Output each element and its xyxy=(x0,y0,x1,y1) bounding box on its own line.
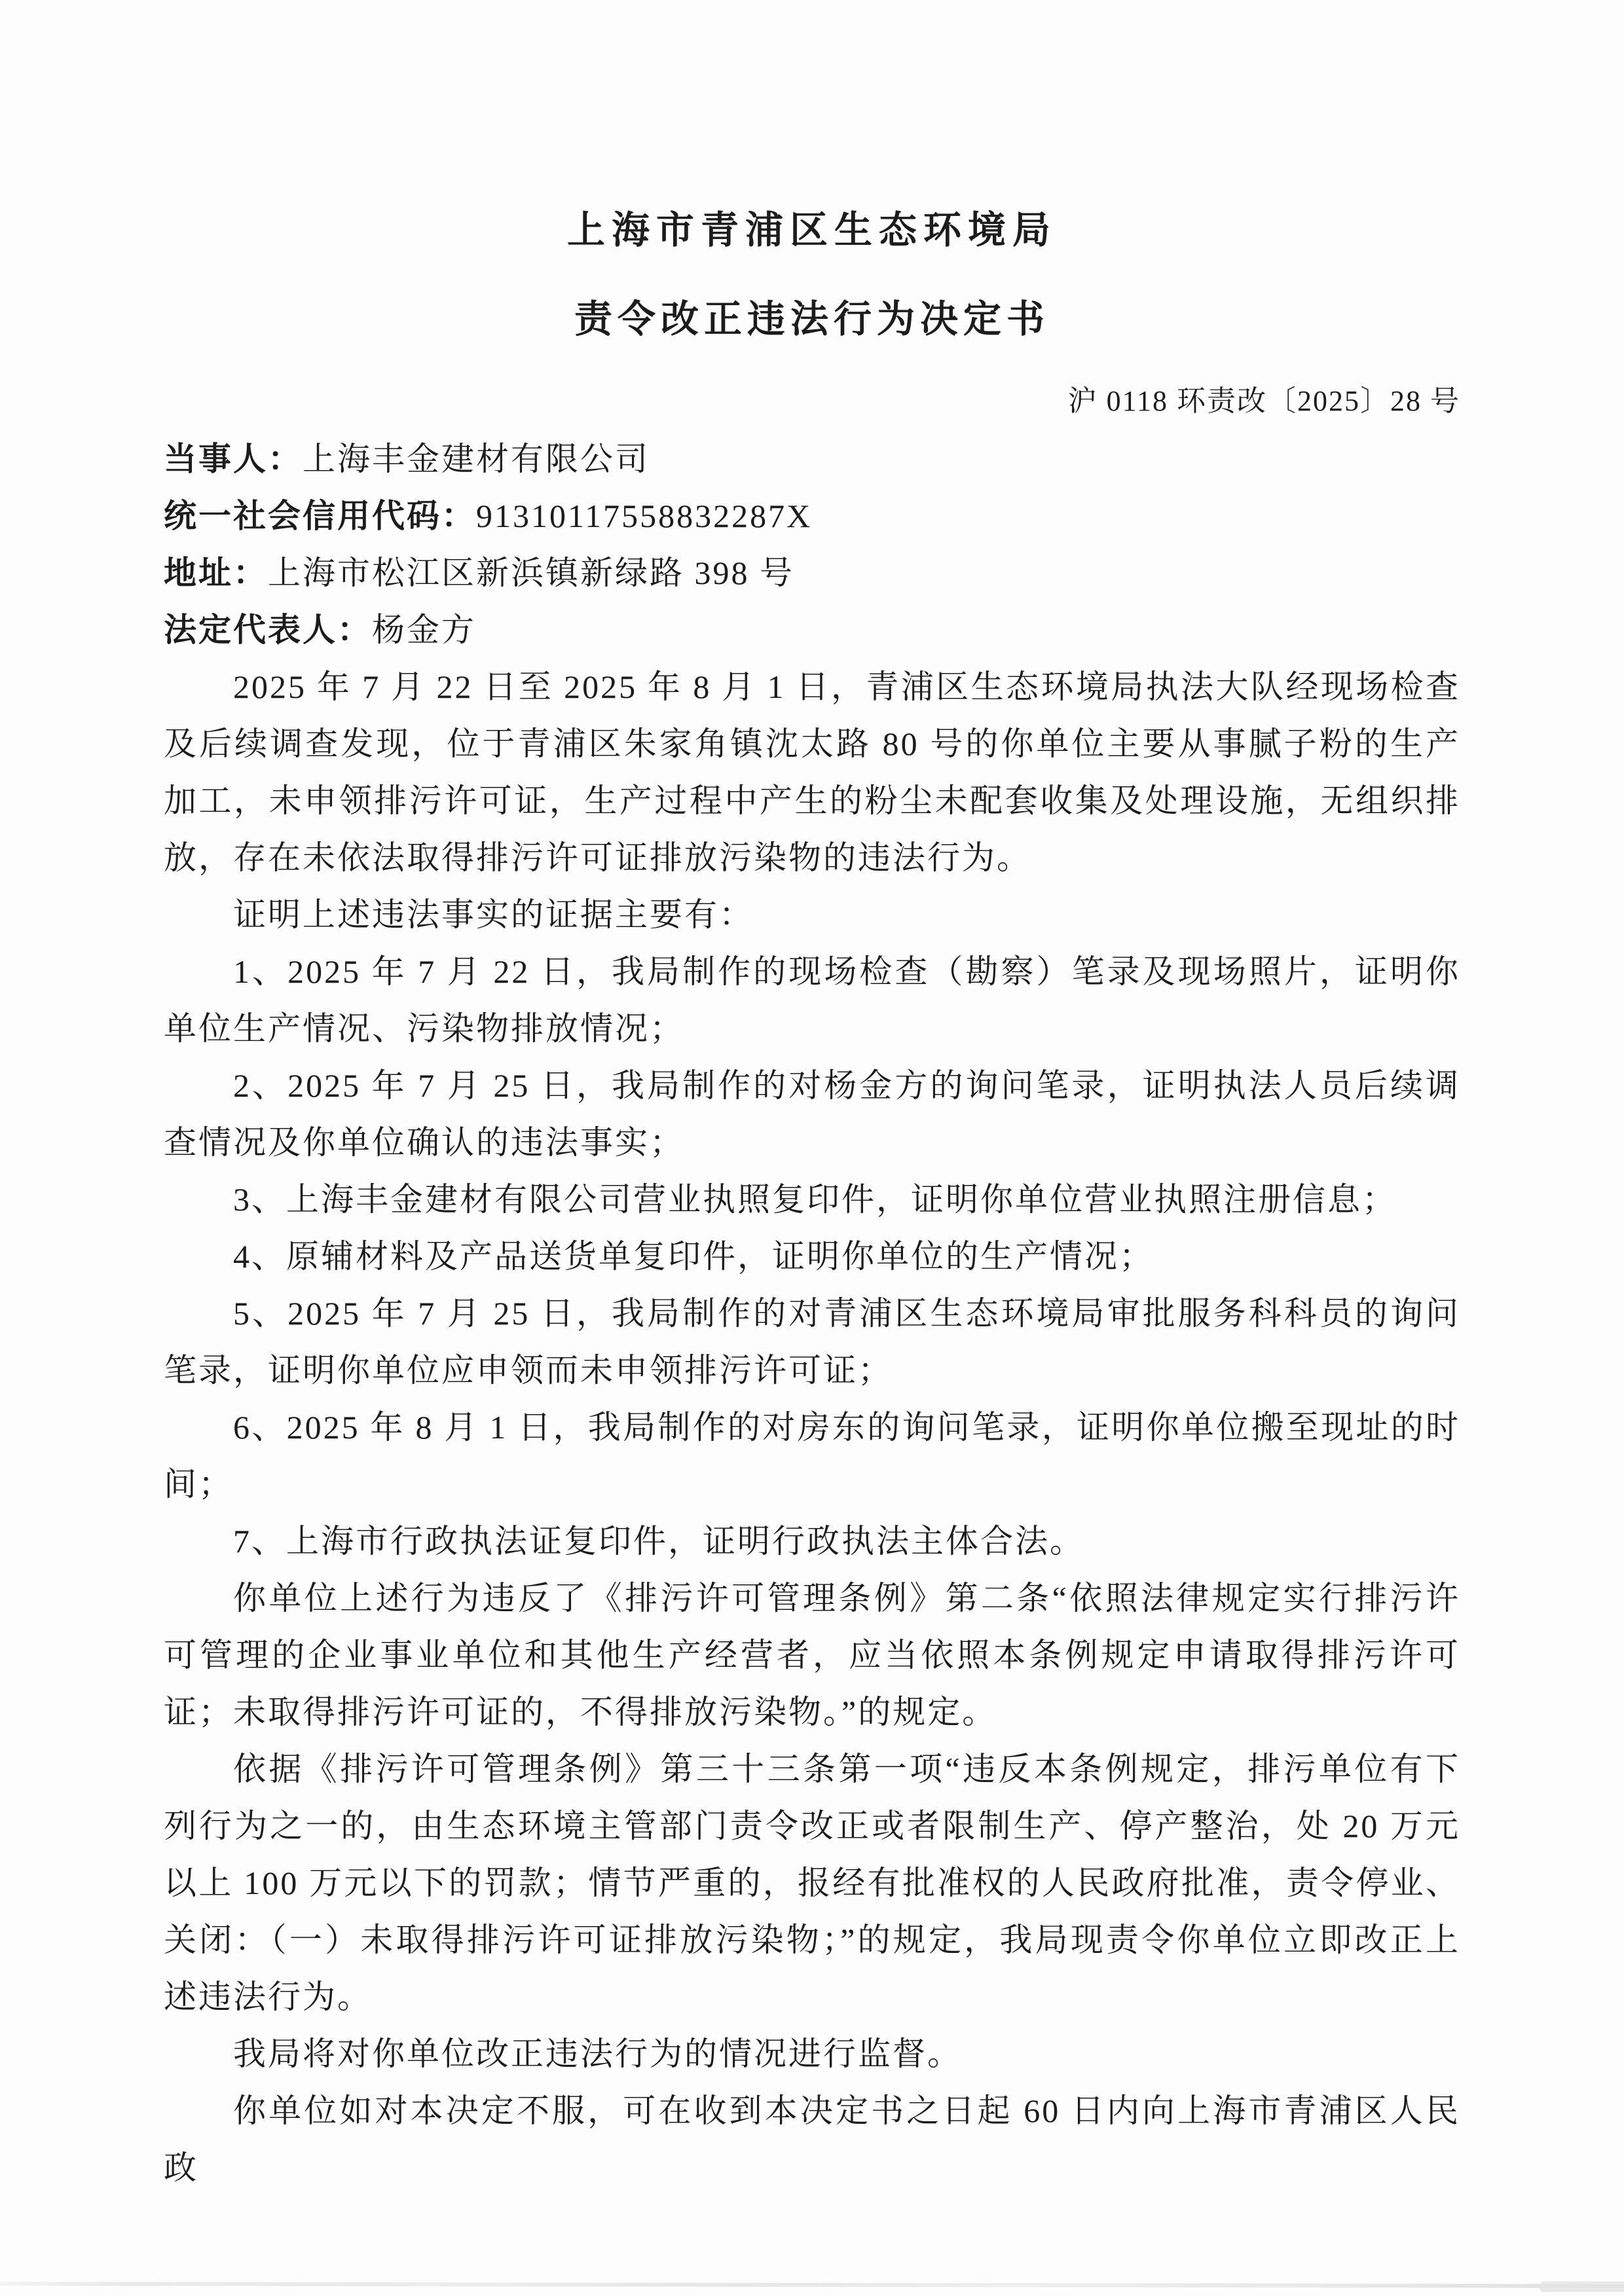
body-paragraph-evidence-4: 4、原辅材料及产品送货单复印件，证明你单位的生产情况； xyxy=(164,1228,1460,1285)
body-paragraph-evidence-1: 1、2025 年 7 月 22 日，我局制作的现场检查（勘察）笔录及现场照片，证… xyxy=(164,943,1460,1057)
body-paragraph-evidence-6: 6、2025 年 8 月 1 日，我局制作的对房东的询问笔录，证明你单位搬至现址… xyxy=(164,1399,1460,1513)
body-paragraph-evidence-3: 3、上海丰金建材有限公司营业执照复印件，证明你单位营业执照注册信息； xyxy=(164,1171,1460,1228)
scanned-document-page: 上海市青浦区生态环境局 责令改正违法行为决定书 沪 0118 环责改〔2025〕… xyxy=(0,0,1624,2296)
field-legal-representative-value: 杨金方 xyxy=(372,611,476,648)
body-paragraph-appeal-rights: 你单位如对本决定不服，可在收到本决定书之日起 60 日内向上海市青浦区人民政 xyxy=(164,2083,1460,2196)
page-bottom-scan-shadow xyxy=(0,2282,1624,2287)
body-paragraph-evidence-5: 5、2025 年 7 月 25 日，我局制作的对青浦区生态环境局审批服务科科员的… xyxy=(164,1285,1460,1399)
document-title: 责令改正违法行为决定书 xyxy=(0,300,1624,339)
field-address-label: 地址： xyxy=(164,555,268,591)
document-header: 上海市青浦区生态环境局 责令改正违法行为决定书 xyxy=(0,0,1624,339)
body-paragraph-supervision: 我局将对你单位改正违法行为的情况进行监督。 xyxy=(164,2026,1460,2083)
document-body: 当事人：上海丰金建材有限公司 统一社会信用代码：9131011755883228… xyxy=(164,431,1460,2196)
body-paragraph-evidence-2: 2、2025 年 7 月 25 日，我局制作的对杨金方的询问笔录，证明执法人员后… xyxy=(164,1057,1460,1171)
field-party-label: 当事人： xyxy=(164,441,303,477)
field-credit-code-label: 统一社会信用代码： xyxy=(164,498,476,534)
body-paragraph-evidence-7: 7、上海市行政执法证复印件，证明行政执法主体合法。 xyxy=(164,1513,1460,1570)
field-credit-code: 统一社会信用代码：91310117558832287X xyxy=(164,488,1460,545)
body-paragraph-facts: 2025 年 7 月 22 日至 2025 年 8 月 1 日，青浦区生态环境局… xyxy=(164,659,1460,886)
field-legal-representative-label: 法定代表人： xyxy=(164,611,372,648)
body-paragraph-legal-basis-and-order: 依据《排污许可管理条例》第三十三条第一项“违反本条例规定，排污单位有下列行为之一… xyxy=(164,1741,1460,2026)
field-address-value: 上海市松江区新浜镇新绿路 398 号 xyxy=(268,555,794,591)
page-bottom-right-scan-shadow xyxy=(1539,2282,1624,2292)
body-paragraph-evidence-intro: 证明上述违法事实的证据主要有： xyxy=(164,886,1460,943)
document-number: 沪 0118 环责改〔2025〕28 号 xyxy=(164,386,1460,416)
field-party: 当事人：上海丰金建材有限公司 xyxy=(164,431,1460,488)
field-legal-representative: 法定代表人：杨金方 xyxy=(164,602,1460,659)
agency-title: 上海市青浦区生态环境局 xyxy=(0,211,1624,250)
field-party-value: 上海丰金建材有限公司 xyxy=(303,441,650,477)
field-credit-code-value: 91310117558832287X xyxy=(476,498,812,534)
body-paragraph-violated-provision: 你单位上述行为违反了《排污许可管理条例》第二条“依照法律规定实行排污许可管理的企… xyxy=(164,1570,1460,1741)
field-address: 地址：上海市松江区新浜镇新绿路 398 号 xyxy=(164,545,1460,602)
